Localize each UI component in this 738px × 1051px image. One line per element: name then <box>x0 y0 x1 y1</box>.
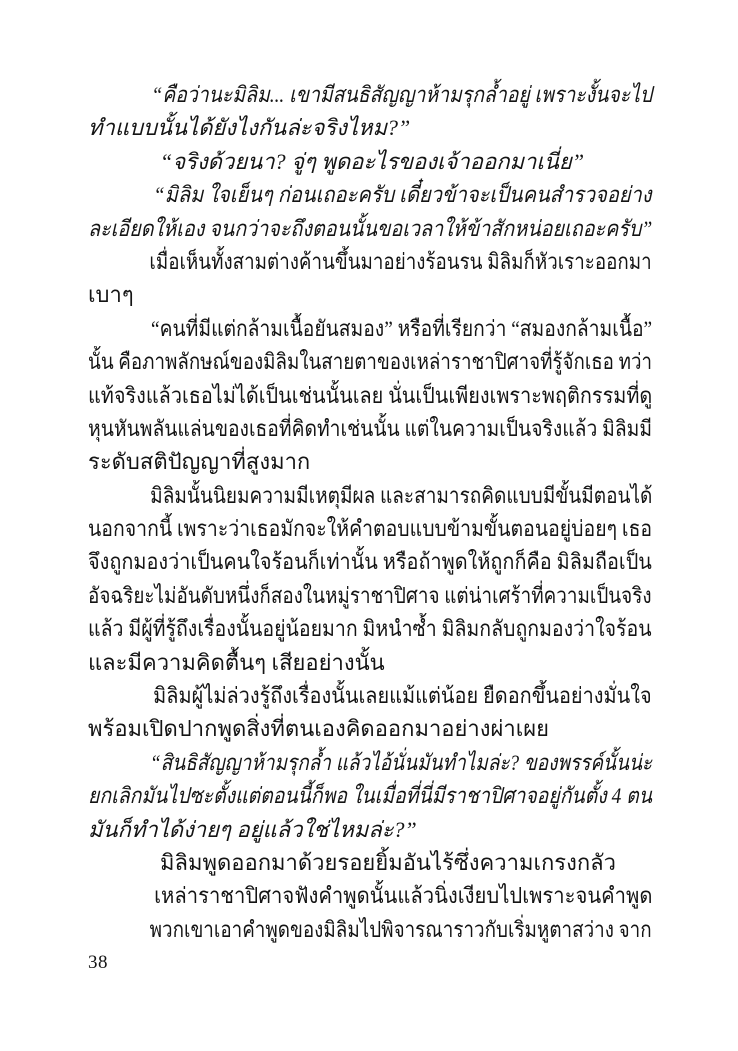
narration-line: พร้อมเปิดปากพูดสิ่งที่ตนเองคิดออกมาอย่าง… <box>88 712 652 745</box>
narration-line: นอกจากนี้ เพราะว่าเธอมักจะให้คำตอบแบบข้า… <box>88 512 587 545</box>
page-number: 38 <box>88 950 108 976</box>
narration-line: หุนหันพลันแล่นของเธอที่คิดทำเช่นนั้น แต่… <box>88 412 582 445</box>
narration-line: ระดับสติปัญญาที่สูงมาก <box>88 445 652 478</box>
book-page: “คือว่านะมิลิม... เขามีสนธิสัญญาห้ามรุกล… <box>0 0 738 1051</box>
dialogue-line: ยกเลิกมันไปซะตั้งแต่ตอนนี้ก็พอ ในเมื่อที… <box>88 779 585 812</box>
narration-line: เหล่าราชาปิศาจฟังคำพูดนั้นแล้วนิ่งเงียบไ… <box>88 879 606 912</box>
page-text: “คือว่านะมิลิม... เขามีสนธิสัญญาห้ามรุกล… <box>88 78 652 946</box>
narration-line: อัจฉริยะไม่อันดับหนึ่งก็สองในหมู่ราชาปิศ… <box>88 579 571 612</box>
dialogue-line: “จริงด้วยนา? จู่ๆ พูดอะไรของเจ้าออกมาเนี… <box>88 145 652 178</box>
narration-line: แล้ว มีผู้ที่รู้ถึงเรื่องนั้นอยู่น้อยมาก… <box>88 612 588 645</box>
narration-line: พวกเขาเอาคำพูดของมิลิมไปพิจารณาราวกับเริ… <box>88 913 571 946</box>
dialogue-line: “มิลิม ใจเย็นๆ ก่อนเถอะครับ เดี๋ยวข้าจะเ… <box>88 178 601 211</box>
narration-line: แท้จริงแล้วเธอไม่ได้เป็นเช่นนั้นเลย นั่น… <box>88 379 597 412</box>
narration-line: จึงถูกมองว่าเป็นคนใจร้อนก็เท่านั้น หรือถ… <box>88 545 597 578</box>
narration-line: มิลิมผู้ไม่ล่วงรู้ถึงเรื่องนั้นเลยแม้แต่… <box>88 679 599 712</box>
dialogue-line: “สินธิสัญญาห้ามรุกล้ำ แล้วไอ้นั่นมันทำไม… <box>88 746 574 779</box>
narration-line: และมีความคิดตื้นๆ เสียอย่างนั้น <box>88 646 652 679</box>
dialogue-line: ทำแบบนั้นได้ยังไงกันล่ะจริงไหม?” <box>88 111 652 144</box>
narration-line: เบาๆ <box>88 278 652 311</box>
dialogue-line: มันก็ทำได้ง่ายๆ อยู่แล้วใช่ไหมล่ะ?” <box>88 813 652 846</box>
narration-line: มิลิมพูดออกมาด้วยรอยยิ้มอันไร้ซึ่งความเก… <box>88 846 652 879</box>
dialogue-line: “คือว่านะมิลิม... เขามีสนธิสัญญาห้ามรุกล… <box>88 78 585 111</box>
narration-line: เมื่อเห็นทั้งสามต่างค้านขึ้นมาอย่างร้อนร… <box>88 245 569 278</box>
narration-line: นั้น คือภาพลักษณ์ของมิลิมในสายตาของเหล่า… <box>88 345 569 378</box>
narration-line: “คนที่มีแต่กล้ามเนื้อยันสมอง” หรือที่เรี… <box>88 312 582 345</box>
dialogue-line: ละเอียดให้เอง จนกว่าจะถึงตอนนั้นขอเวลาให… <box>88 212 593 245</box>
narration-line: มิลิมนั้นนิยมความมีเหตุมีผล และสามารถคิด… <box>88 479 575 512</box>
